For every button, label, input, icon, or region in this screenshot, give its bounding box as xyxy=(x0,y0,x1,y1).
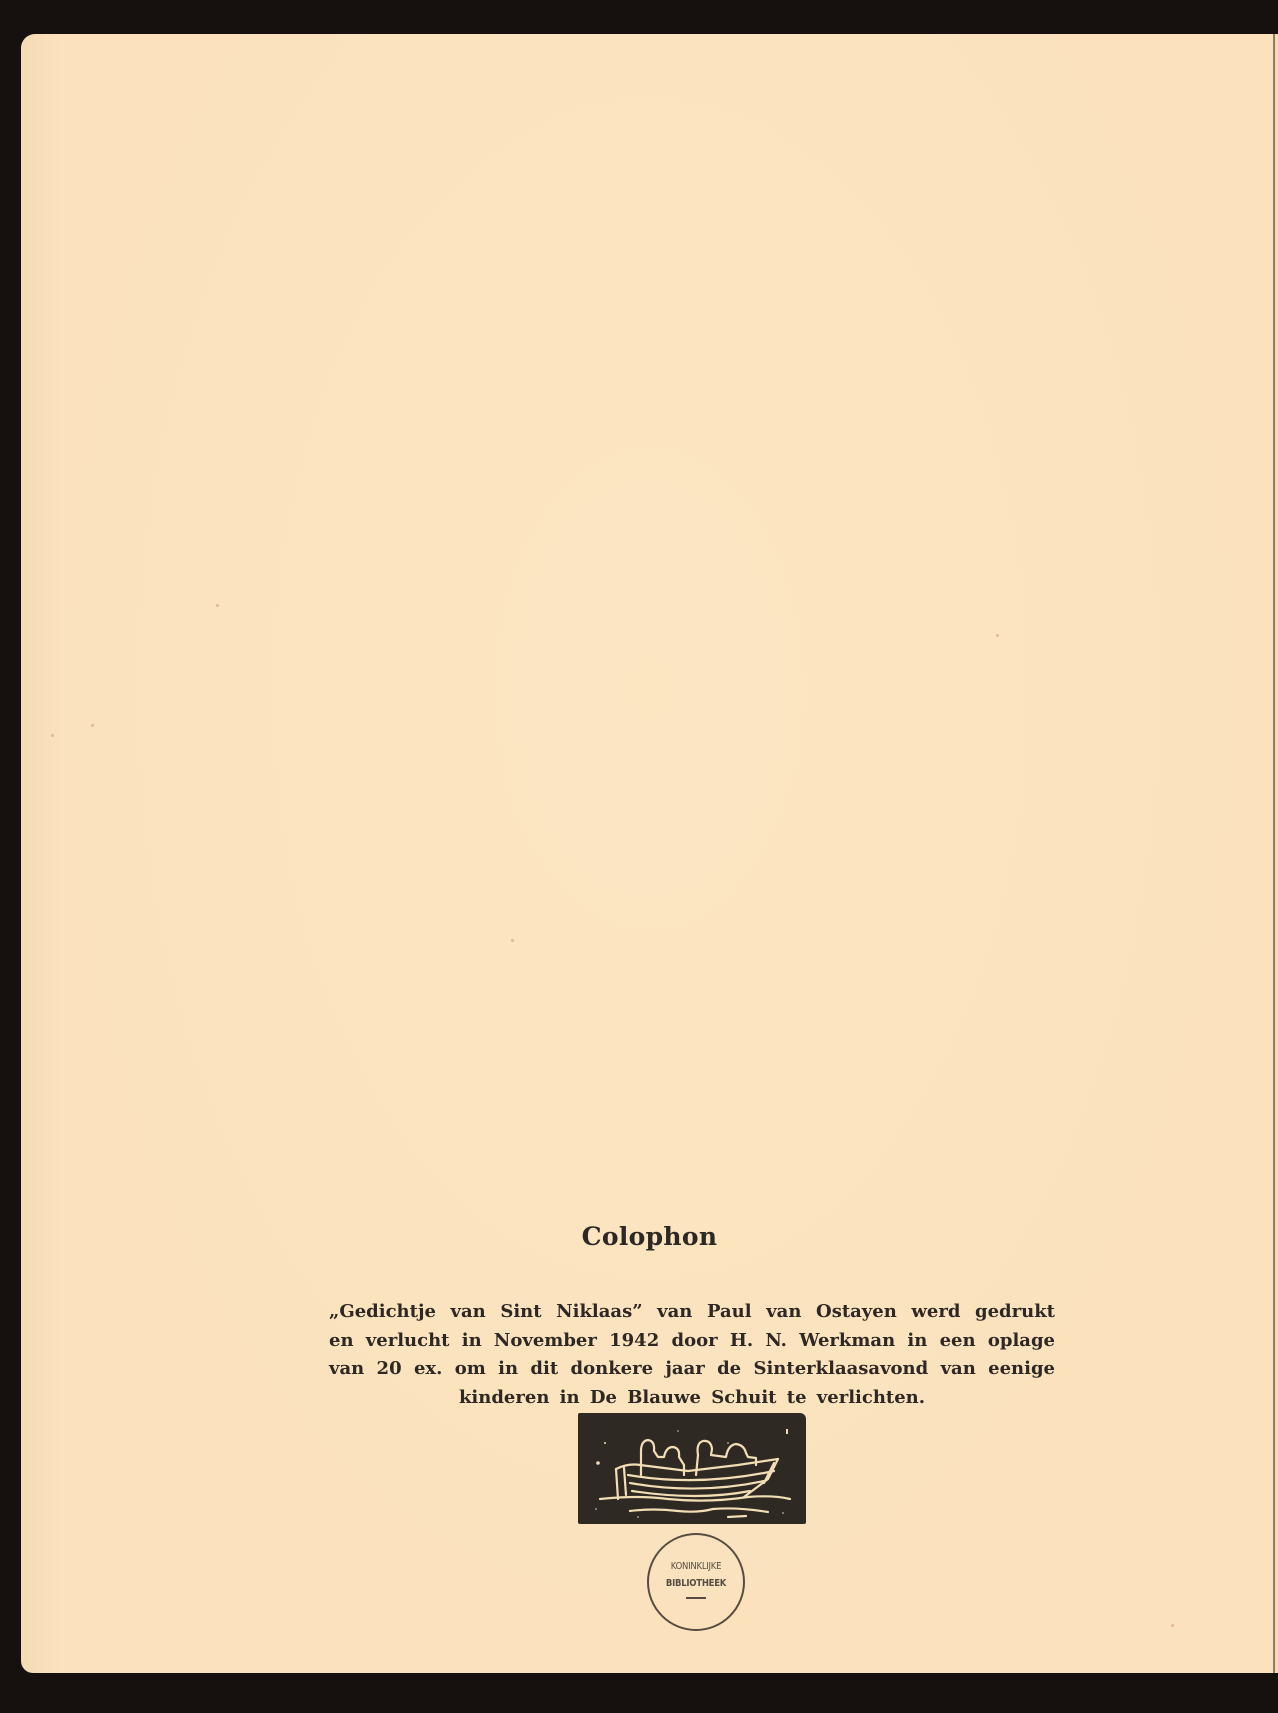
colophon-line: en verlucht in November 1942 door H. N. … xyxy=(329,1327,1055,1356)
colophon-line: „Gedichtje van Sint Niklaas” van Paul va… xyxy=(329,1298,1055,1327)
colophon-line: kinderen in De Blauwe Schuit te verlicht… xyxy=(329,1384,1055,1413)
woodcut-boat-illustration xyxy=(578,1413,806,1524)
colophon-title: Colophon xyxy=(21,1222,1278,1251)
paper-speck xyxy=(511,939,514,942)
paper-speck xyxy=(996,634,999,637)
paper-speck xyxy=(51,734,54,737)
stamp-dash xyxy=(686,1597,706,1599)
colophon-line: van 20 ex. om in dit donkere jaar de Sin… xyxy=(329,1355,1055,1384)
paper-speck xyxy=(216,604,219,607)
paper-speck xyxy=(1171,1624,1174,1627)
stamp-text-line2: BIBLIOTHEEK xyxy=(656,1578,736,1589)
colophon-body: „Gedichtje van Sint Niklaas” van Paul va… xyxy=(329,1298,1055,1412)
document-page: Colophon „Gedichtje van Sint Niklaas” va… xyxy=(21,34,1278,1673)
stamp-text-line1: KONINKLIJKE xyxy=(656,1561,736,1572)
library-stamp: KONINKLIJKE BIBLIOTHEEK xyxy=(647,1533,745,1631)
boat-icon xyxy=(578,1413,806,1524)
paper-speck xyxy=(91,724,94,727)
